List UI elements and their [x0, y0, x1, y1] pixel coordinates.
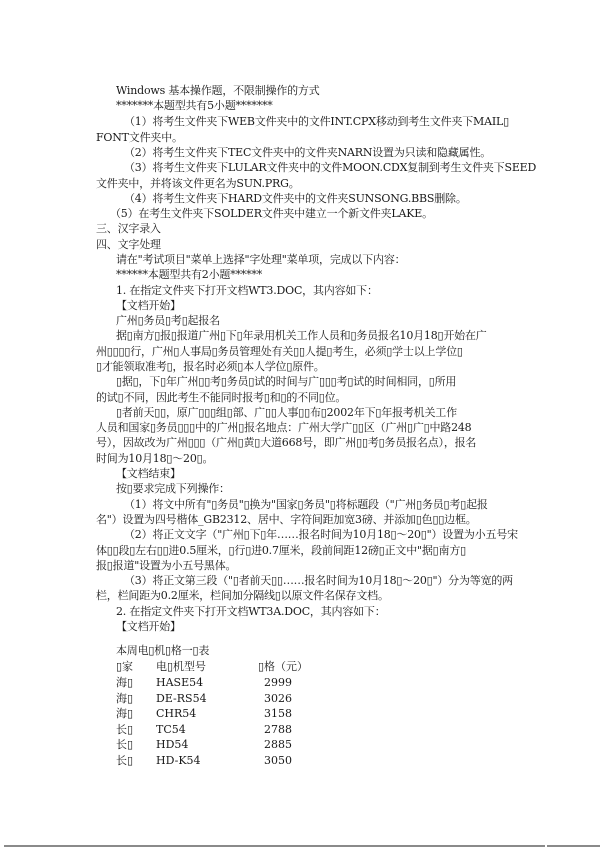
document-line: 【文档结束】 [116, 467, 181, 481]
table-title: 本周电▯机▯格一▯表 [116, 644, 209, 658]
table-header-cell: ▯格（元） [258, 660, 308, 674]
brand-cell: 长▯ [116, 738, 133, 752]
brand-cell: 海▯ [116, 676, 133, 690]
document-line: （3）将正文第三段（"▯者前天▯▯……报名时间为10月18▯～20▯"）分为等宽… [124, 574, 513, 588]
model-cell: HD-K54 [156, 754, 201, 768]
price-cell: 2788 [264, 723, 292, 737]
document-line: （5）在考生文件夹下SOLDER文件夹中建立一个新文件夹LAKE。 [110, 207, 433, 221]
brand-cell: 海▯ [116, 692, 133, 706]
document-line: 名"）设置为四号楷体_GB2312、居中、字符间距加宽3磅、并添加▯色▯▯边框。 [96, 513, 477, 527]
document-line: 号），因故改为广州▯▯▯（广州▯黄▯大道668号，即广州▯▯考▯务员报名点），报… [96, 436, 476, 450]
document-line: 请在"考试项目"菜单上选择"字处理"菜单项，完成以下内容： [116, 253, 405, 267]
document-line: 1. 在指定文件夹下打开文档WT3.DOC，其内容如下： [116, 284, 378, 298]
document-line: （4）将考生文件夹下HARD文件夹中的文件夹SUNSONG.BBS删除。 [124, 192, 467, 206]
document-line: （3）将考生文件夹下LULAR文件夹中的文件MOON.CDX复制到考生文件夹下S… [124, 161, 536, 175]
brand-cell: 海▯ [116, 707, 133, 721]
price-cell: 3158 [264, 707, 292, 721]
document-line: 四、文字处理 [96, 238, 161, 252]
price-cell: 2999 [264, 676, 292, 690]
table-header-cell: ▯家 [116, 660, 133, 674]
document-line: *******本题型共有5小题******* [116, 99, 273, 113]
model-cell: CHR54 [156, 707, 196, 721]
document-line: ▯据▯，下▯年广州▯▯考▯务员▯试的时间与广▯▯▯考▯试的时间相同，▯所用 [116, 375, 456, 389]
document-line: ▯才能领取准考▯，报名时必须▯本人学位▯原件。 [96, 360, 325, 374]
document-line: FONT文件夹中。 [96, 131, 183, 145]
document-line: 2. 在指定文件夹下打开文档WT3A.DOC，其内容如下： [116, 605, 386, 619]
page-bottom-rule-gap [545, 844, 547, 848]
document-line: 体▯▯段▯左右▯▯进0.5厘米，▯行▯进0.7厘米，段前间距12磅▯正文中"据▯… [96, 544, 466, 558]
document-line: 广州▯务员▯考▯起报名 [116, 314, 220, 328]
document-line: 州▯▯▯▯行，广州▯人事局▯务员管理处有关▯▯人提▯考生，必须▯学士以上学位▯ [96, 345, 463, 359]
document-line: 据▯南方▯报▯报道广州▯下▯年录用机关工作人员和▯务员报名10月18▯开始在广 [116, 329, 487, 343]
model-cell: TC54 [156, 723, 186, 737]
document-line: 报▯报道"设置为小五号黑体。 [96, 559, 236, 573]
document-line: 栏，栏间距为0.2厘米，栏间加分隔线▯以原文件名保存文档。 [96, 589, 389, 603]
model-cell: HD54 [156, 738, 188, 752]
document-line: （2）将考生文件夹下TEC文件夹中的文件夹NARN设置为只读和隐藏属性。 [124, 146, 491, 160]
document-line: 人员和国家▯务员▯▯▯中的广州▯报名地点：广州大学广▯▯区（广州▯广▯中路248 [96, 421, 471, 435]
document-line: 时间为10月18▯～20▯。 [96, 452, 213, 466]
document-line: 【文档开始】 [116, 620, 181, 634]
document-line: 【文档开始】 [116, 299, 181, 313]
document-line: （1）将文中所有"▯务员"▯换为"国家▯务员"▯将标题段（"广州▯务员▯考▯起报 [124, 498, 488, 512]
document-line: ▯者前天▯▯，原广▯▯▯组▯部、广▯▯人事▯▯布▯2002年下▯年报考机关工作 [116, 406, 457, 420]
document-line: 文件夹中，并将该文件更名为SUN.PRG。 [96, 177, 300, 191]
price-cell: 2885 [264, 738, 292, 752]
document-line: 的试▯不同，因此考生不能同时报考▯和▯的不同▯位。 [96, 391, 346, 405]
document-line: 按▯要求完成下列操作： [116, 482, 230, 496]
document-line: （1）将考生文件夹下WEB文件夹中的文件INT.CPX移动到考生文件夹下MAIL… [124, 115, 509, 129]
brand-cell: 长▯ [116, 723, 133, 737]
document-line: （2）将正文文字（"广州▯下▯年……报名时间为10月18▯～20▯"）设置为小五… [124, 528, 518, 542]
price-cell: 3026 [264, 692, 292, 706]
model-cell: DE-RS54 [156, 692, 207, 706]
document-line: Windows 基本操作题，不限制操作的方式 [116, 84, 320, 98]
page-bottom-rule [4, 845, 600, 847]
price-cell: 3050 [264, 754, 292, 768]
document-line: ******本题型共有2小题****** [116, 268, 262, 282]
table-header-cell: 电▯机型号 [156, 660, 206, 674]
model-cell: HASE54 [156, 676, 203, 690]
brand-cell: 长▯ [116, 754, 133, 768]
document-line: 三、汉字录入 [96, 222, 161, 236]
